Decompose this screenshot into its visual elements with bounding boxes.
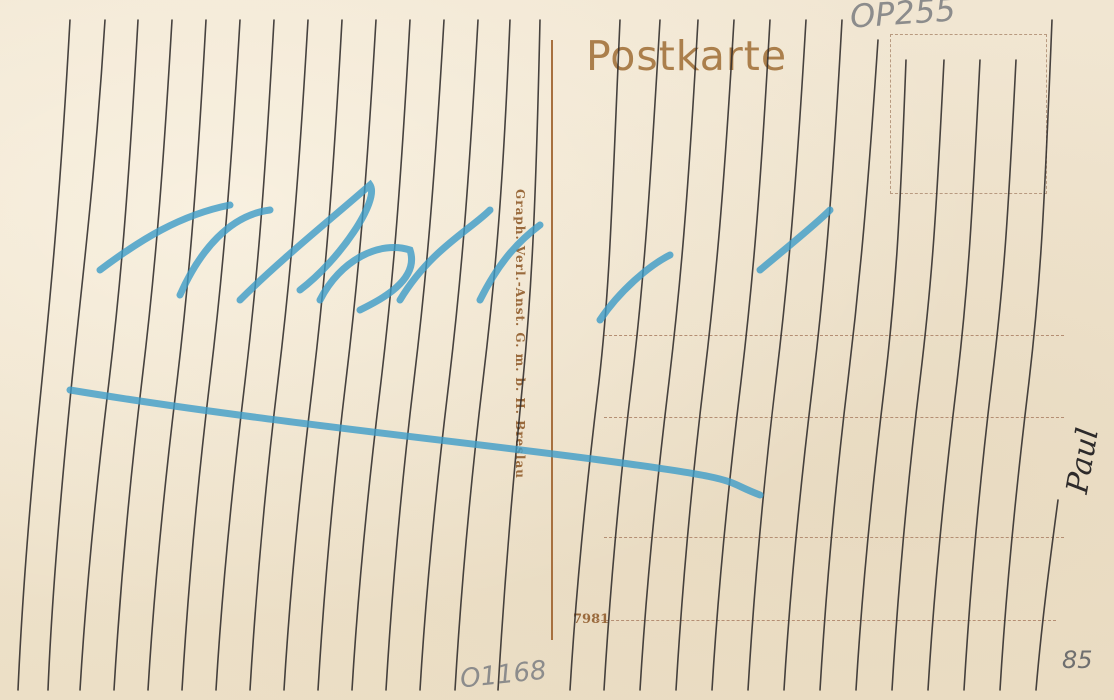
address-line [604,417,1064,418]
address-line [604,335,1064,336]
address-line [604,537,1064,538]
postcard-back: Postkarte Graph. Verl.-Anst. G. m. b. H.… [0,0,1114,700]
pencil-corner-number: 85 [1062,646,1093,674]
signature: Paul [1060,425,1106,496]
address-line [596,620,1056,621]
stamp-box [890,34,1047,194]
publisher-imprint: Graph. Verl.-Anst. G. m. b. H. Breslau [513,189,527,479]
postcard-title: Postkarte [586,32,787,80]
pencil-catalog-number: OP255 [849,0,957,36]
pencil-inventory-number: O1168 [459,656,548,695]
center-divider-line [551,40,553,640]
